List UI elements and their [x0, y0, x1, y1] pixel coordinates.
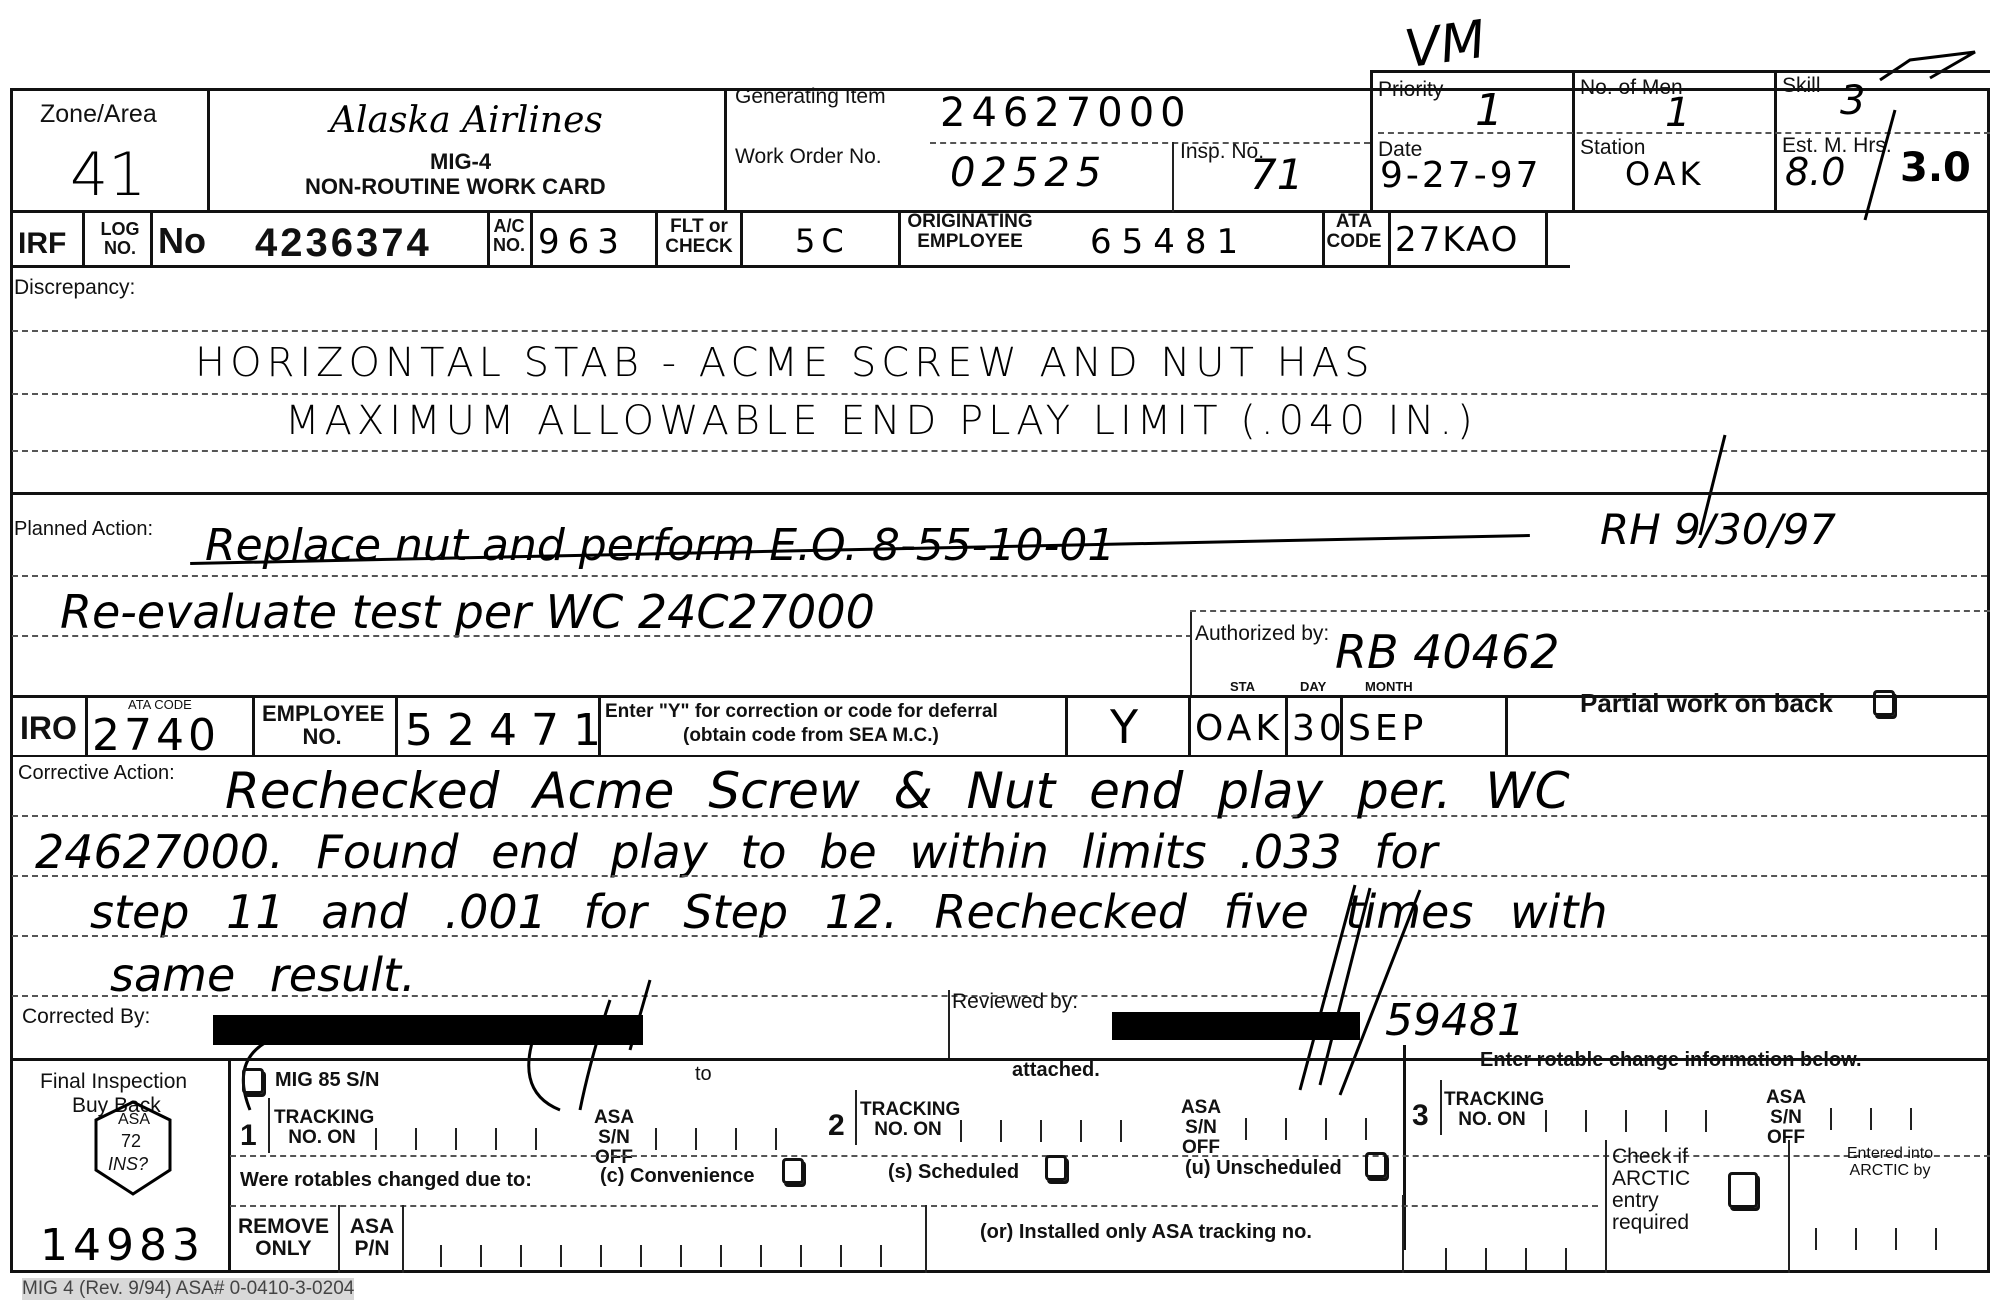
- divider: [1285, 695, 1288, 755]
- discrepancy-line-2[interactable]: MAXIMUM ALLOWABLE END PLAY LIMIT (.040 I…: [285, 398, 1478, 444]
- divider: [85, 695, 88, 755]
- priority-label: Priority: [1378, 78, 1443, 102]
- convenience-checkbox[interactable]: [782, 1158, 804, 1184]
- slot-1-asa-boxes[interactable]: [655, 1128, 815, 1150]
- station-value[interactable]: OAK: [1625, 155, 1705, 193]
- divider: [1388, 210, 1391, 265]
- sta-value[interactable]: OAK: [1195, 708, 1283, 749]
- corrected-by-label: Corrected By:: [22, 1005, 150, 1029]
- divider: [855, 1090, 857, 1145]
- divider: [530, 210, 533, 265]
- ruled-line: [230, 1205, 1598, 1207]
- work-order-label: Work Order No.: [735, 145, 882, 169]
- flt-check-value[interactable]: 5C: [795, 222, 850, 260]
- priority-value[interactable]: 1: [1475, 85, 1503, 136]
- divider: [1545, 210, 1548, 265]
- reviewed-by-number[interactable]: 59481: [1385, 995, 1525, 1046]
- stamp-number[interactable]: 14983: [40, 1220, 205, 1271]
- month-label: MONTH: [1365, 680, 1413, 694]
- ruled-line: [12, 575, 1987, 577]
- divider: [82, 210, 85, 265]
- slot-1-tracking-boxes[interactable]: [375, 1128, 575, 1150]
- stamp-line-2: 72: [121, 1132, 141, 1151]
- divider: [338, 1205, 340, 1273]
- divider: [1190, 610, 1192, 695]
- unscheduled-checkbox[interactable]: [1365, 1152, 1387, 1178]
- slot-3-asa-label: ASA S/N OFF: [1750, 1088, 1822, 1148]
- divider: [1774, 70, 1777, 213]
- slot-3-index: 3: [1412, 1100, 1429, 1132]
- ruled-line: [12, 935, 1987, 937]
- mig85-label: MIG 85 S/N: [275, 1070, 379, 1091]
- ruled-line: [12, 330, 1987, 332]
- no-of-men-value[interactable]: 1: [1665, 90, 1690, 136]
- correction-value[interactable]: Y: [1110, 700, 1138, 754]
- planned-action-line-2[interactable]: Re-evaluate test per WC 24C27000: [60, 585, 875, 639]
- divider: [150, 210, 153, 265]
- airline-logo: Alaska Airlines: [330, 100, 603, 141]
- correction-instr-line-2: (obtain code from SEA M.C.): [683, 726, 939, 746]
- divider: [655, 210, 658, 265]
- ac-no-label: A/C NO.: [491, 217, 527, 255]
- remove-only-label: REMOVE ONLY: [236, 1216, 331, 1260]
- divider: [10, 755, 1990, 757]
- partial-work-label: Partial work on back: [1580, 690, 1833, 717]
- planned-action-struck-initials[interactable]: RH 9/30/97: [1600, 505, 1836, 554]
- asa-pn-boxes[interactable]: [440, 1245, 920, 1267]
- slot-3-tracking-label: TRACKING NO. ON: [1444, 1090, 1540, 1130]
- flt-check-label: FLT or CHECK: [662, 217, 736, 257]
- ruled-line: [12, 875, 1987, 877]
- slot-2-index: 2: [828, 1110, 845, 1142]
- orig-employee-value[interactable]: 65481: [1090, 222, 1248, 262]
- divider: [402, 1205, 404, 1273]
- est-hrs-value[interactable]: 8.0: [1785, 150, 1845, 194]
- divider: [1605, 1140, 1607, 1273]
- divider: [1440, 1080, 1442, 1135]
- divider: [207, 88, 210, 213]
- partial-work-checkbox[interactable]: [1873, 690, 1895, 716]
- mig85-checkbox[interactable]: [242, 1068, 264, 1094]
- final-inspection-label-1: Final Inspection: [40, 1070, 187, 1094]
- zone-area-value: 41: [70, 140, 146, 210]
- scheduled-checkbox[interactable]: [1045, 1155, 1067, 1181]
- day-label: DAY: [1300, 680, 1326, 694]
- attached-label: attached.: [1012, 1060, 1100, 1081]
- stamp-line-3: INS?: [108, 1155, 148, 1174]
- correction-instr-line-1: Enter "Y" for correction or code for def…: [605, 702, 998, 722]
- divider: [1065, 695, 1068, 755]
- divider: [925, 1205, 927, 1273]
- date-value[interactable]: 9-27-97: [1380, 155, 1542, 196]
- zone-area-label: Zone/Area: [40, 100, 157, 129]
- est-hrs-slash: [1860, 105, 1900, 225]
- log-number: 4236374: [255, 222, 432, 264]
- skill-label: Skill: [1782, 74, 1821, 98]
- employee-no-value[interactable]: 52471: [405, 705, 615, 756]
- form-title: NON-ROUTINE WORK CARD: [305, 175, 606, 198]
- installed-only-boxes[interactable]: [1445, 1248, 1595, 1270]
- ata-code-value[interactable]: 27KAO: [1395, 220, 1519, 260]
- divider: [930, 142, 1370, 144]
- month-value[interactable]: SEP: [1348, 708, 1427, 749]
- slot-1-tracking-label: TRACKING NO. ON: [274, 1108, 370, 1148]
- insp-no-value[interactable]: 71: [1250, 150, 1303, 199]
- authorized-by-label: Authorized by:: [1195, 622, 1329, 646]
- divider: [252, 695, 255, 755]
- arctic-entered-label: Entered into ARCTIC by: [1835, 1146, 1945, 1180]
- reviewer-signature-strokes: [1280, 880, 1440, 1100]
- discrepancy-label: Discrepancy:: [14, 276, 135, 300]
- to-label: to: [695, 1064, 712, 1085]
- est-hrs-revised[interactable]: 3.0: [1900, 145, 1971, 191]
- slot-1-index: 1: [240, 1120, 257, 1152]
- divider: [598, 695, 601, 755]
- orig-employee-label: ORIGINATING EMPLOYEE: [905, 212, 1035, 252]
- work-order-value[interactable]: 02525: [950, 150, 1107, 196]
- slot-3-tracking-boxes[interactable]: [1545, 1110, 1745, 1132]
- log-no-label: LOG NO.: [95, 220, 145, 258]
- divider: [1402, 1195, 1404, 1273]
- generating-item-value[interactable]: 24627000: [940, 90, 1192, 136]
- authorized-by-value[interactable]: RB 40462: [1335, 625, 1559, 679]
- reason-convenience-label: (c) Convenience: [600, 1166, 754, 1187]
- divider: [1340, 695, 1343, 755]
- divider: [1370, 70, 1373, 213]
- planned-action-label: Planned Action:: [14, 518, 153, 541]
- ruled-line: [230, 1155, 1990, 1157]
- iro-ata-code-value[interactable]: 2740: [92, 710, 220, 761]
- divider: [948, 990, 950, 1060]
- stamp-line-1: ASA: [118, 1112, 150, 1129]
- slot-2-asa-boxes[interactable]: [1245, 1118, 1395, 1140]
- arctic-check-label: Check if ARCTIC entry required: [1612, 1146, 1712, 1234]
- corrective-line-2[interactable]: 24627000. Found end play to be within li…: [35, 825, 1438, 879]
- reviewed-by-label: Reviewed by:: [952, 990, 1078, 1014]
- corrective-line-1[interactable]: Rechecked Acme Screw & Nut end play per.…: [225, 762, 1570, 820]
- arctic-entry-checkbox[interactable]: [1728, 1172, 1758, 1208]
- divider: [1788, 1140, 1790, 1273]
- asa-pn-label: ASA P/N: [348, 1216, 396, 1260]
- slot-2-tracking-label: TRACKING NO. ON: [860, 1100, 956, 1140]
- divider: [1572, 70, 1575, 213]
- slot-3-asa-boxes[interactable]: [1830, 1108, 1980, 1130]
- discrepancy-line-1[interactable]: HORIZONTAL STAB - ACME SCREW AND NUT HAS: [195, 340, 1375, 386]
- divider: [1505, 695, 1508, 755]
- ata-code-label: ATA CODE: [1325, 212, 1383, 252]
- installed-only-label: (or) Installed only ASA tracking no.: [980, 1222, 1312, 1243]
- irf-label: IRF: [18, 228, 66, 260]
- ruled-line: [12, 815, 1987, 817]
- day-value[interactable]: 30: [1292, 708, 1346, 749]
- number-symbol: No: [158, 222, 206, 260]
- corrected-by-redaction: [213, 1015, 643, 1045]
- divider: [487, 210, 490, 265]
- reviewed-by-redaction: [1112, 1012, 1360, 1040]
- slot-1-asa-label: ASA S/N OFF: [578, 1108, 650, 1168]
- form-revision: MIG 4 (Rev. 9/94) ASA# 0-0410-3-0204: [22, 1278, 354, 1300]
- ruled-line: [12, 635, 1192, 637]
- corrective-action-label: Corrective Action:: [18, 762, 175, 785]
- divider: [228, 1058, 231, 1273]
- ruled-line: [1190, 610, 1990, 612]
- divider: [1188, 695, 1191, 755]
- ruled-line: [12, 393, 1987, 395]
- divider: [10, 265, 1570, 268]
- divider: [724, 88, 727, 213]
- form-code: MIG-4: [430, 150, 491, 173]
- arctic-entered-boxes[interactable]: [1815, 1228, 1965, 1250]
- divider: [1172, 142, 1174, 212]
- reason-question: Were rotables changed due to:: [240, 1170, 532, 1191]
- sta-label: STA: [1230, 680, 1255, 694]
- divider: [10, 492, 1990, 495]
- divider: [1370, 70, 1990, 73]
- divider: [268, 1098, 270, 1153]
- divider: [898, 210, 901, 265]
- divider: [740, 210, 743, 265]
- ac-no-value[interactable]: 963: [538, 222, 627, 262]
- slot-2-asa-label: ASA S/N OFF: [1165, 1098, 1237, 1158]
- slot-2-tracking-boxes[interactable]: [960, 1120, 1160, 1142]
- reason-unscheduled-label: (u) Unscheduled: [1185, 1158, 1342, 1179]
- divider: [395, 695, 398, 755]
- enter-info-label: Enter rotable change information below.: [1480, 1050, 1862, 1071]
- reason-scheduled-label: (s) Scheduled: [888, 1162, 1019, 1183]
- iro-label: IRO: [20, 712, 77, 746]
- generating-item-label: Generating Item: [735, 85, 886, 109]
- employee-no-label: EMPLOYEE NO.: [262, 702, 382, 748]
